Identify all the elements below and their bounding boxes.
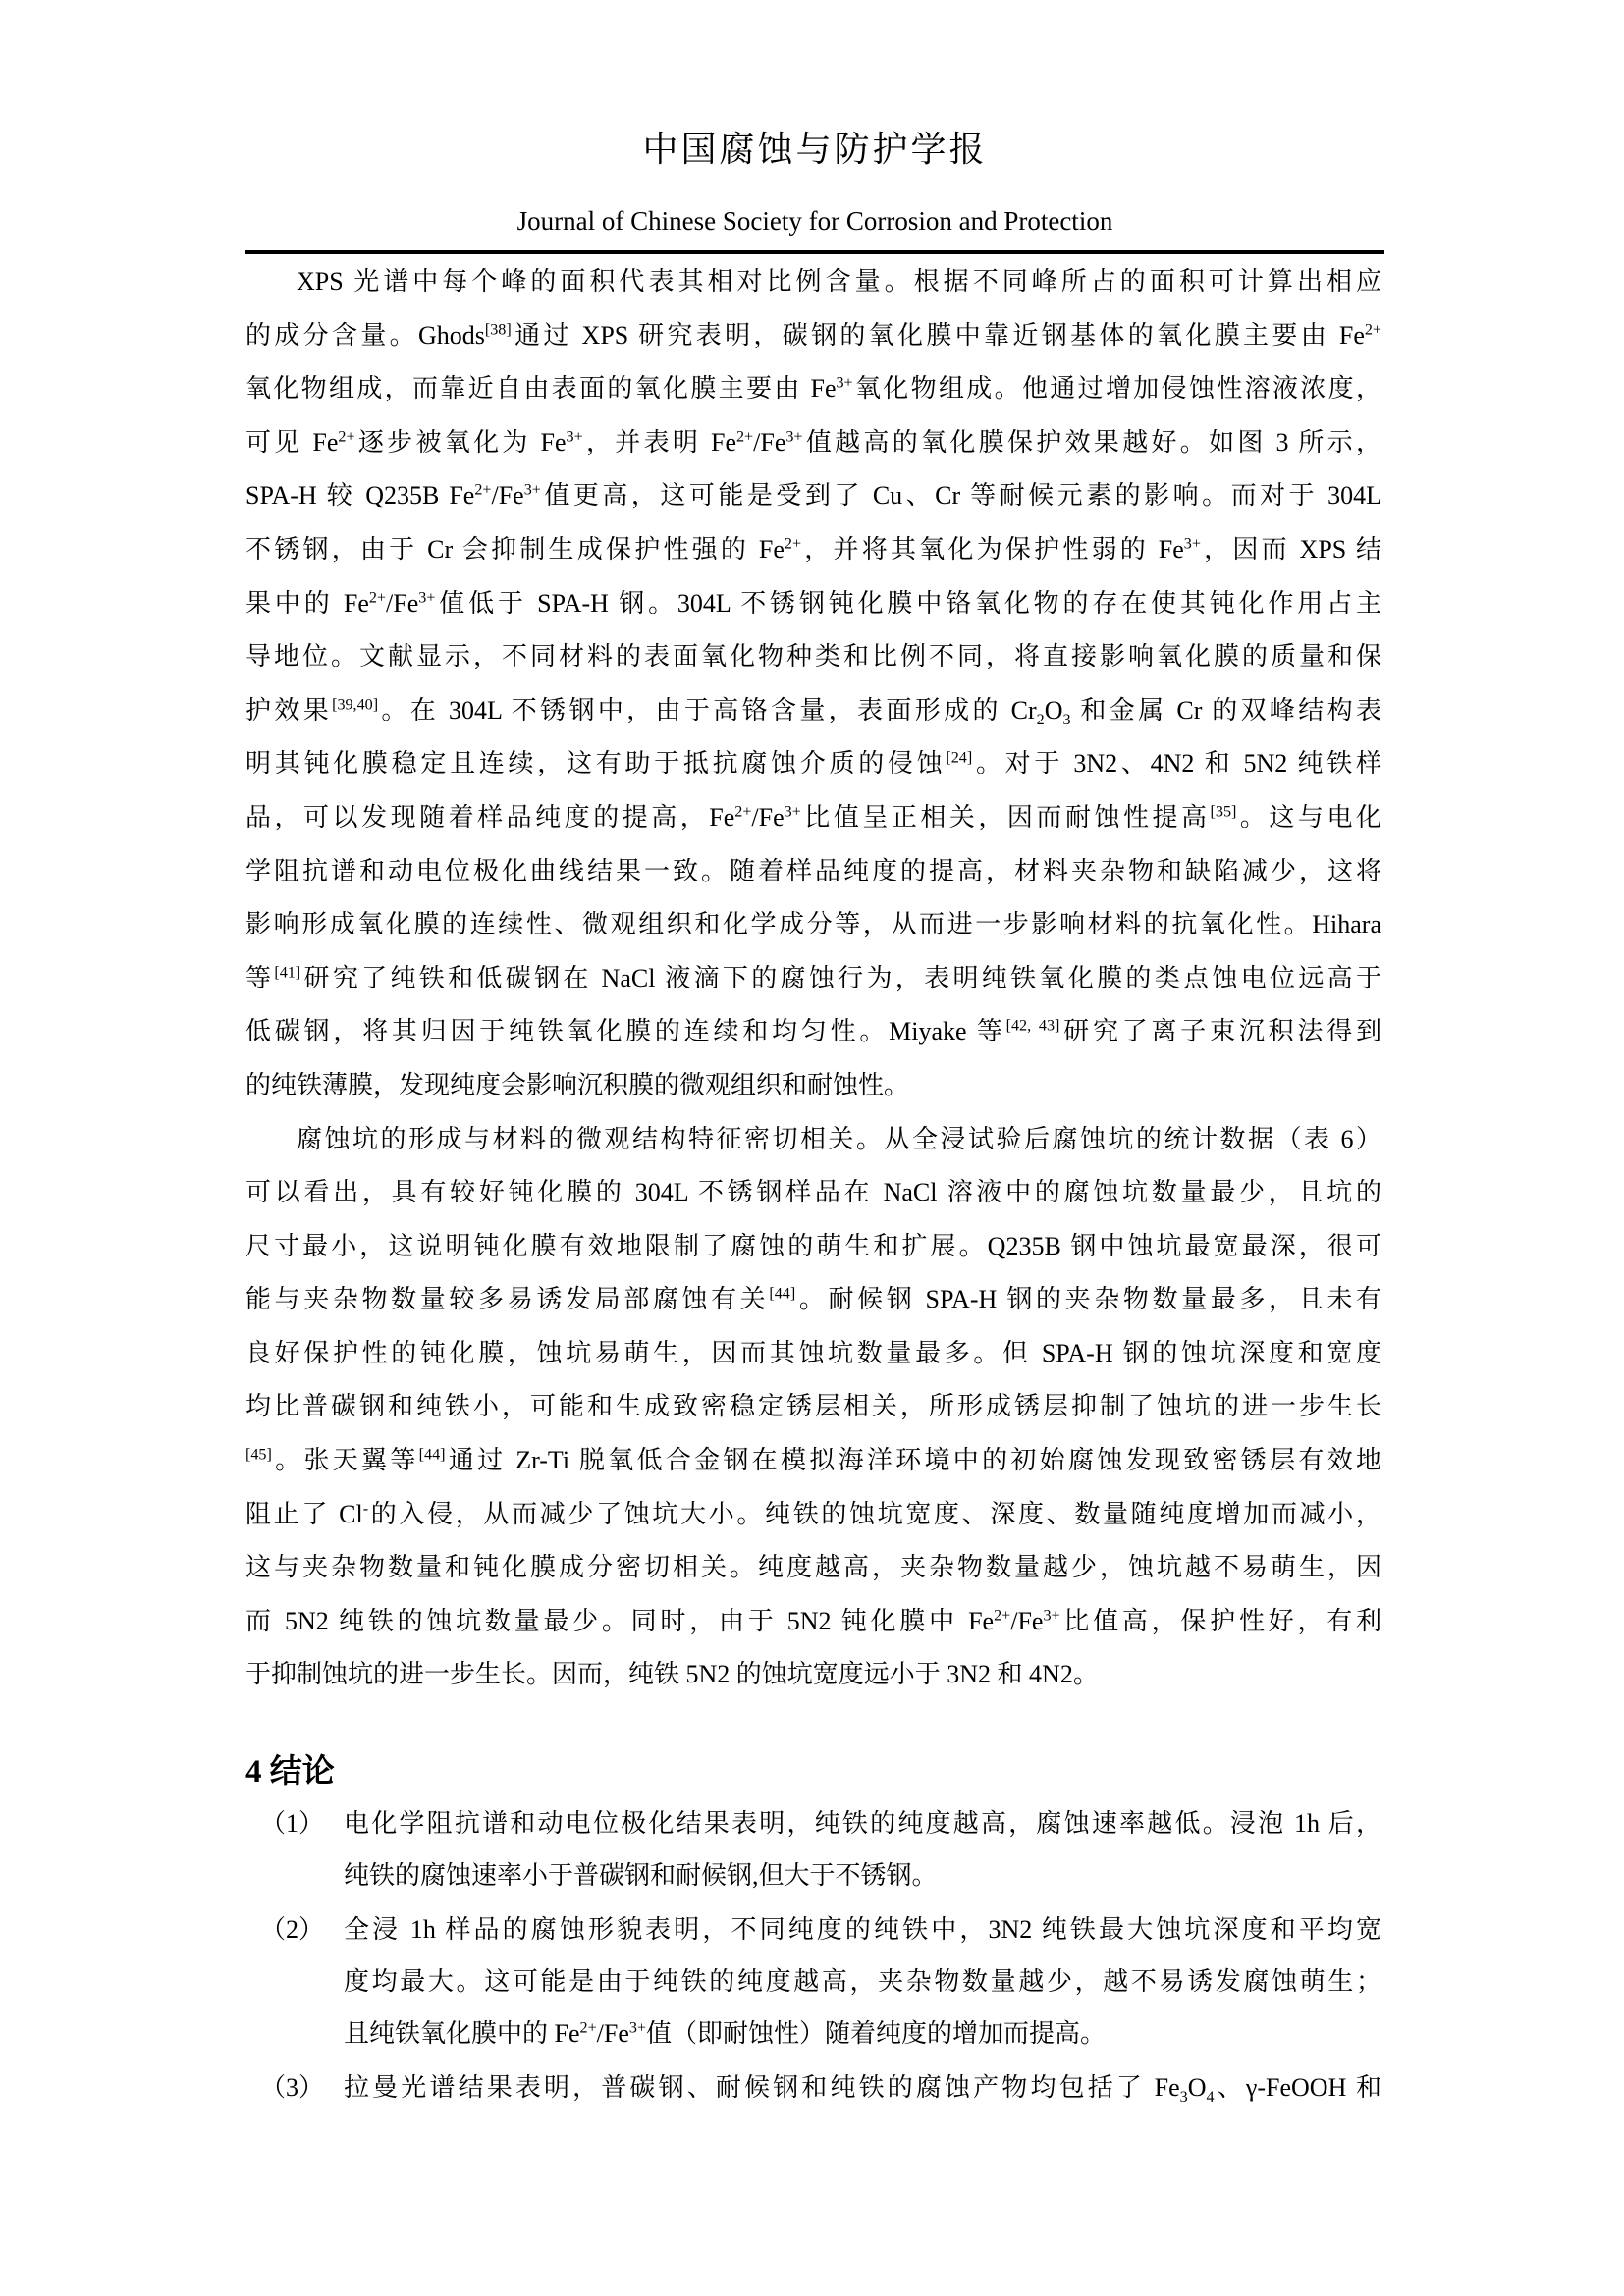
- text-line: 于抑制蚀坑的进一步生长。因而，纯铁 5N2 的蚀坑宽度远小于 3N2 和 4N2…: [245, 1648, 1381, 1702]
- item-text: 电化学阻抗谱和动电位极化结果表明，纯铁的纯度越高，腐蚀速率越低。浸泡 1h 后，…: [344, 1797, 1381, 1901]
- journal-title-en: Journal of Chinese Society for Corrosion…: [245, 205, 1384, 237]
- journal-page: 中国腐蚀与防护学报 Journal of Chinese Society for…: [0, 0, 1624, 2296]
- item-number: （3）: [260, 2061, 344, 2113]
- item-number: （1）: [260, 1797, 344, 1901]
- item-text: 全浸 1h 样品的腐蚀形貌表明，不同纯度的纯铁中，3N2 纯铁最大蚀坑深度和平均…: [344, 1903, 1381, 2059]
- text-line: 导地位。文献显示，不同材料的表面氧化物种类和比例不同，将直接影响氧化膜的质量和保: [245, 630, 1381, 684]
- item-text: 拉曼光谱结果表明，普碳钢、耐候钢和纯铁的腐蚀产物均包括了 Fe3O4、γ-FeO…: [344, 2061, 1381, 2113]
- body-paragraphs: XPS 光谱中每个峰的面积代表其相对比例含量。根据不同峰所占的面积可计算出相应的…: [245, 255, 1381, 1702]
- article-body: XPS 光谱中每个峰的面积代表其相对比例含量。根据不同峰所占的面积可计算出相应的…: [245, 255, 1381, 2115]
- text-line: 度均最大。这可能是由于纯铁的纯度越高，夹杂物数量越少，越不易诱发腐蚀萌生；: [344, 1955, 1381, 2007]
- text-line: 不锈钢，由于 Cr 会抑制生成保护性强的 Fe2+，并将其氧化为保护性弱的 Fe…: [245, 523, 1381, 577]
- text-line: 氧化物组成，而靠近自由表面的氧化膜主要由 Fe3+氧化物组成。他通过增加侵蚀性溶…: [245, 362, 1381, 416]
- text-line: 明其钝化膜稳定且连续，这有助于抵抗腐蚀介质的侵蚀[24]。对于 3N2、4N2 …: [245, 737, 1381, 791]
- text-line: 尺寸最小，这说明钝化膜有效地限制了腐蚀的萌生和扩展。Q235B 钢中蚀坑最宽最深…: [245, 1220, 1381, 1274]
- text-line: 影响形成氧化膜的连续性、微观组织和化学成分等，从而进一步影响材料的抗氧化性。Hi…: [245, 898, 1381, 952]
- text-line: 可以看出，具有较好钝化膜的 304L 不锈钢样品在 NaCl 溶液中的腐蚀坑数量…: [245, 1166, 1381, 1220]
- text-line: 纯铁的腐蚀速率小于普碳钢和耐候钢,但大于不锈钢。: [344, 1849, 1381, 1901]
- header-divider: [245, 250, 1384, 254]
- text-line: 果中的 Fe2+/Fe3+值低于 SPA-H 钢。304L 不锈钢钝化膜中铬氧化…: [245, 577, 1381, 631]
- text-line: 的纯铁薄膜，发现纯度会影响沉积膜的微观组织和耐蚀性。: [245, 1059, 1381, 1113]
- text-line: 的成分含量。Ghods[38]通过 XPS 研究表明，碳钢的氧化膜中靠近钢基体的…: [245, 309, 1381, 363]
- text-line: 可见 Fe2+逐步被氧化为 Fe3+，并表明 Fe2+/Fe3+值越高的氧化膜保…: [245, 416, 1381, 470]
- conclusion-item: （2）全浸 1h 样品的腐蚀形貌表明，不同纯度的纯铁中，3N2 纯铁最大蚀坑深度…: [260, 1903, 1381, 2059]
- conclusion-heading: 4 结论: [245, 1749, 1381, 1794]
- conclusion-list: （1）电化学阻抗谱和动电位极化结果表明，纯铁的纯度越高，腐蚀速率越低。浸泡 1h…: [245, 1797, 1381, 2113]
- text-line: 阻止了 Cl-的入侵，从而减少了蚀坑大小。纯铁的蚀坑宽度、深度、数量随纯度增加而…: [245, 1488, 1381, 1542]
- text-line: SPA-H 较 Q235B Fe2+/Fe3+值更高，这可能是受到了 Cu、Cr…: [245, 469, 1381, 523]
- text-line: 电化学阻抗谱和动电位极化结果表明，纯铁的纯度越高，腐蚀速率越低。浸泡 1h 后，: [344, 1797, 1381, 1849]
- text-line: 且纯铁氧化膜中的 Fe2+/Fe3+值（即耐蚀性）随着纯度的增加而提高。: [344, 2007, 1381, 2059]
- journal-title-cn: 中国腐蚀与防护学报: [245, 129, 1384, 170]
- item-number: （2）: [260, 1903, 344, 2059]
- text-line: 拉曼光谱结果表明，普碳钢、耐候钢和纯铁的腐蚀产物均包括了 Fe3O4、γ-FeO…: [344, 2061, 1381, 2113]
- text-line: 这与夹杂物数量和钝化膜成分密切相关。纯度越高，夹杂物数量越少，蚀坑越不易萌生，因: [245, 1541, 1381, 1595]
- text-line: 品，可以发现随着样品纯度的提高，Fe2+/Fe3+比值呈正相关，因而耐蚀性提高[…: [245, 791, 1381, 845]
- text-line: XPS 光谱中每个峰的面积代表其相对比例含量。根据不同峰所占的面积可计算出相应: [245, 255, 1381, 309]
- text-line: 学阻抗谱和动电位极化曲线结果一致。随着样品纯度的提高，材料夹杂物和缺陷减少，这将: [245, 845, 1381, 899]
- conclusion-item: （3）拉曼光谱结果表明，普碳钢、耐候钢和纯铁的腐蚀产物均包括了 Fe3O4、γ-…: [260, 2061, 1381, 2113]
- text-line: 能与夹杂物数量较多易诱发局部腐蚀有关[44]。耐候钢 SPA-H 钢的夹杂物数量…: [245, 1273, 1381, 1327]
- conclusion-item: （1）电化学阻抗谱和动电位极化结果表明，纯铁的纯度越高，腐蚀速率越低。浸泡 1h…: [260, 1797, 1381, 1901]
- text-line: 护效果[39,40]。在 304L 不锈钢中，由于高铬含量，表面形成的 Cr2O…: [245, 684, 1381, 738]
- text-line: 均比普碳钢和纯铁小，可能和生成致密稳定锈层相关，所形成锈层抑制了蚀坑的进一步生长: [245, 1380, 1381, 1434]
- text-line: 低碳钢，将其归因于纯铁氧化膜的连续和均匀性。Miyake 等[42, 43]研究…: [245, 1005, 1381, 1059]
- text-line: [45]。张天翼等[44]通过 Zr-Ti 脱氧低合金钢在模拟海洋环境中的初始腐…: [245, 1434, 1381, 1488]
- text-line: 良好保护性的钝化膜，蚀坑易萌生，因而其蚀坑数量最多。但 SPA-H 钢的蚀坑深度…: [245, 1327, 1381, 1381]
- text-line: 而 5N2 纯铁的蚀坑数量最少。同时，由于 5N2 钝化膜中 Fe2+/Fe3+…: [245, 1595, 1381, 1649]
- text-line: 等[41]研究了纯铁和低碳钢在 NaCl 液滴下的腐蚀行为，表明纯铁氧化膜的类点…: [245, 952, 1381, 1006]
- text-line: 腐蚀坑的形成与材料的微观结构特征密切相关。从全浸试验后腐蚀坑的统计数据（表 6）: [245, 1113, 1381, 1167]
- text-line: 全浸 1h 样品的腐蚀形貌表明，不同纯度的纯铁中，3N2 纯铁最大蚀坑深度和平均…: [344, 1903, 1381, 1955]
